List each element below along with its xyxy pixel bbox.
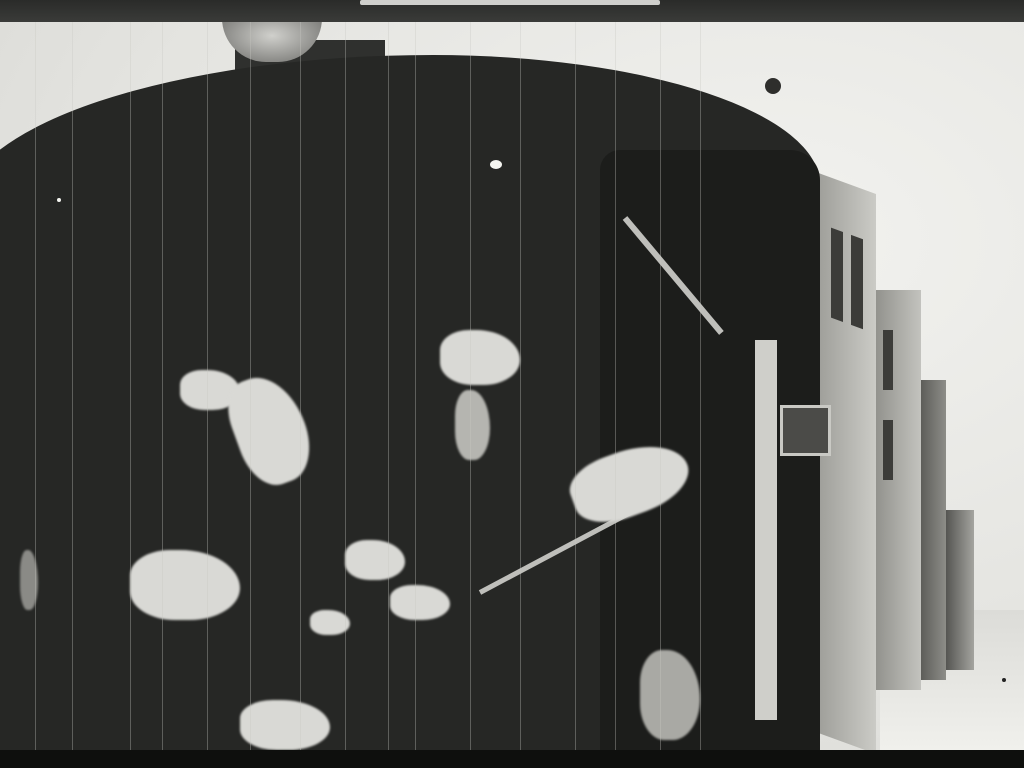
carriage-window [831,228,843,322]
film-scratch [415,22,416,750]
film-frame-bottom-edge [0,750,1024,768]
film-speck [57,198,61,202]
carriage-window [883,420,893,480]
film-scratch [162,22,163,750]
snow-patch [390,585,450,620]
film-scratch [72,22,73,750]
snow-patch [345,540,405,580]
film-scratch [130,22,131,750]
film-frame-light-leak [360,0,660,5]
side-lamp [780,405,831,456]
film-speck [1002,678,1006,682]
carriage-window [883,330,893,390]
film-frame [0,0,1024,768]
film-scratch [470,22,471,750]
film-scratch [575,22,576,750]
snow-patch [240,700,330,750]
side-panel [755,340,777,720]
film-scratch [700,22,701,750]
snow-patch [310,610,350,635]
film-scratch [207,22,208,750]
film-scratch [615,22,616,750]
film-scratch [250,22,251,750]
film-scratch [345,22,346,750]
film-scratch [35,22,36,750]
film-scratch [520,22,521,750]
film-scratch [388,22,389,750]
film-scratch [300,22,301,750]
film-speck [490,160,502,169]
film-speck [765,78,781,94]
carriage-window [851,235,863,329]
film-scratch [660,22,661,750]
